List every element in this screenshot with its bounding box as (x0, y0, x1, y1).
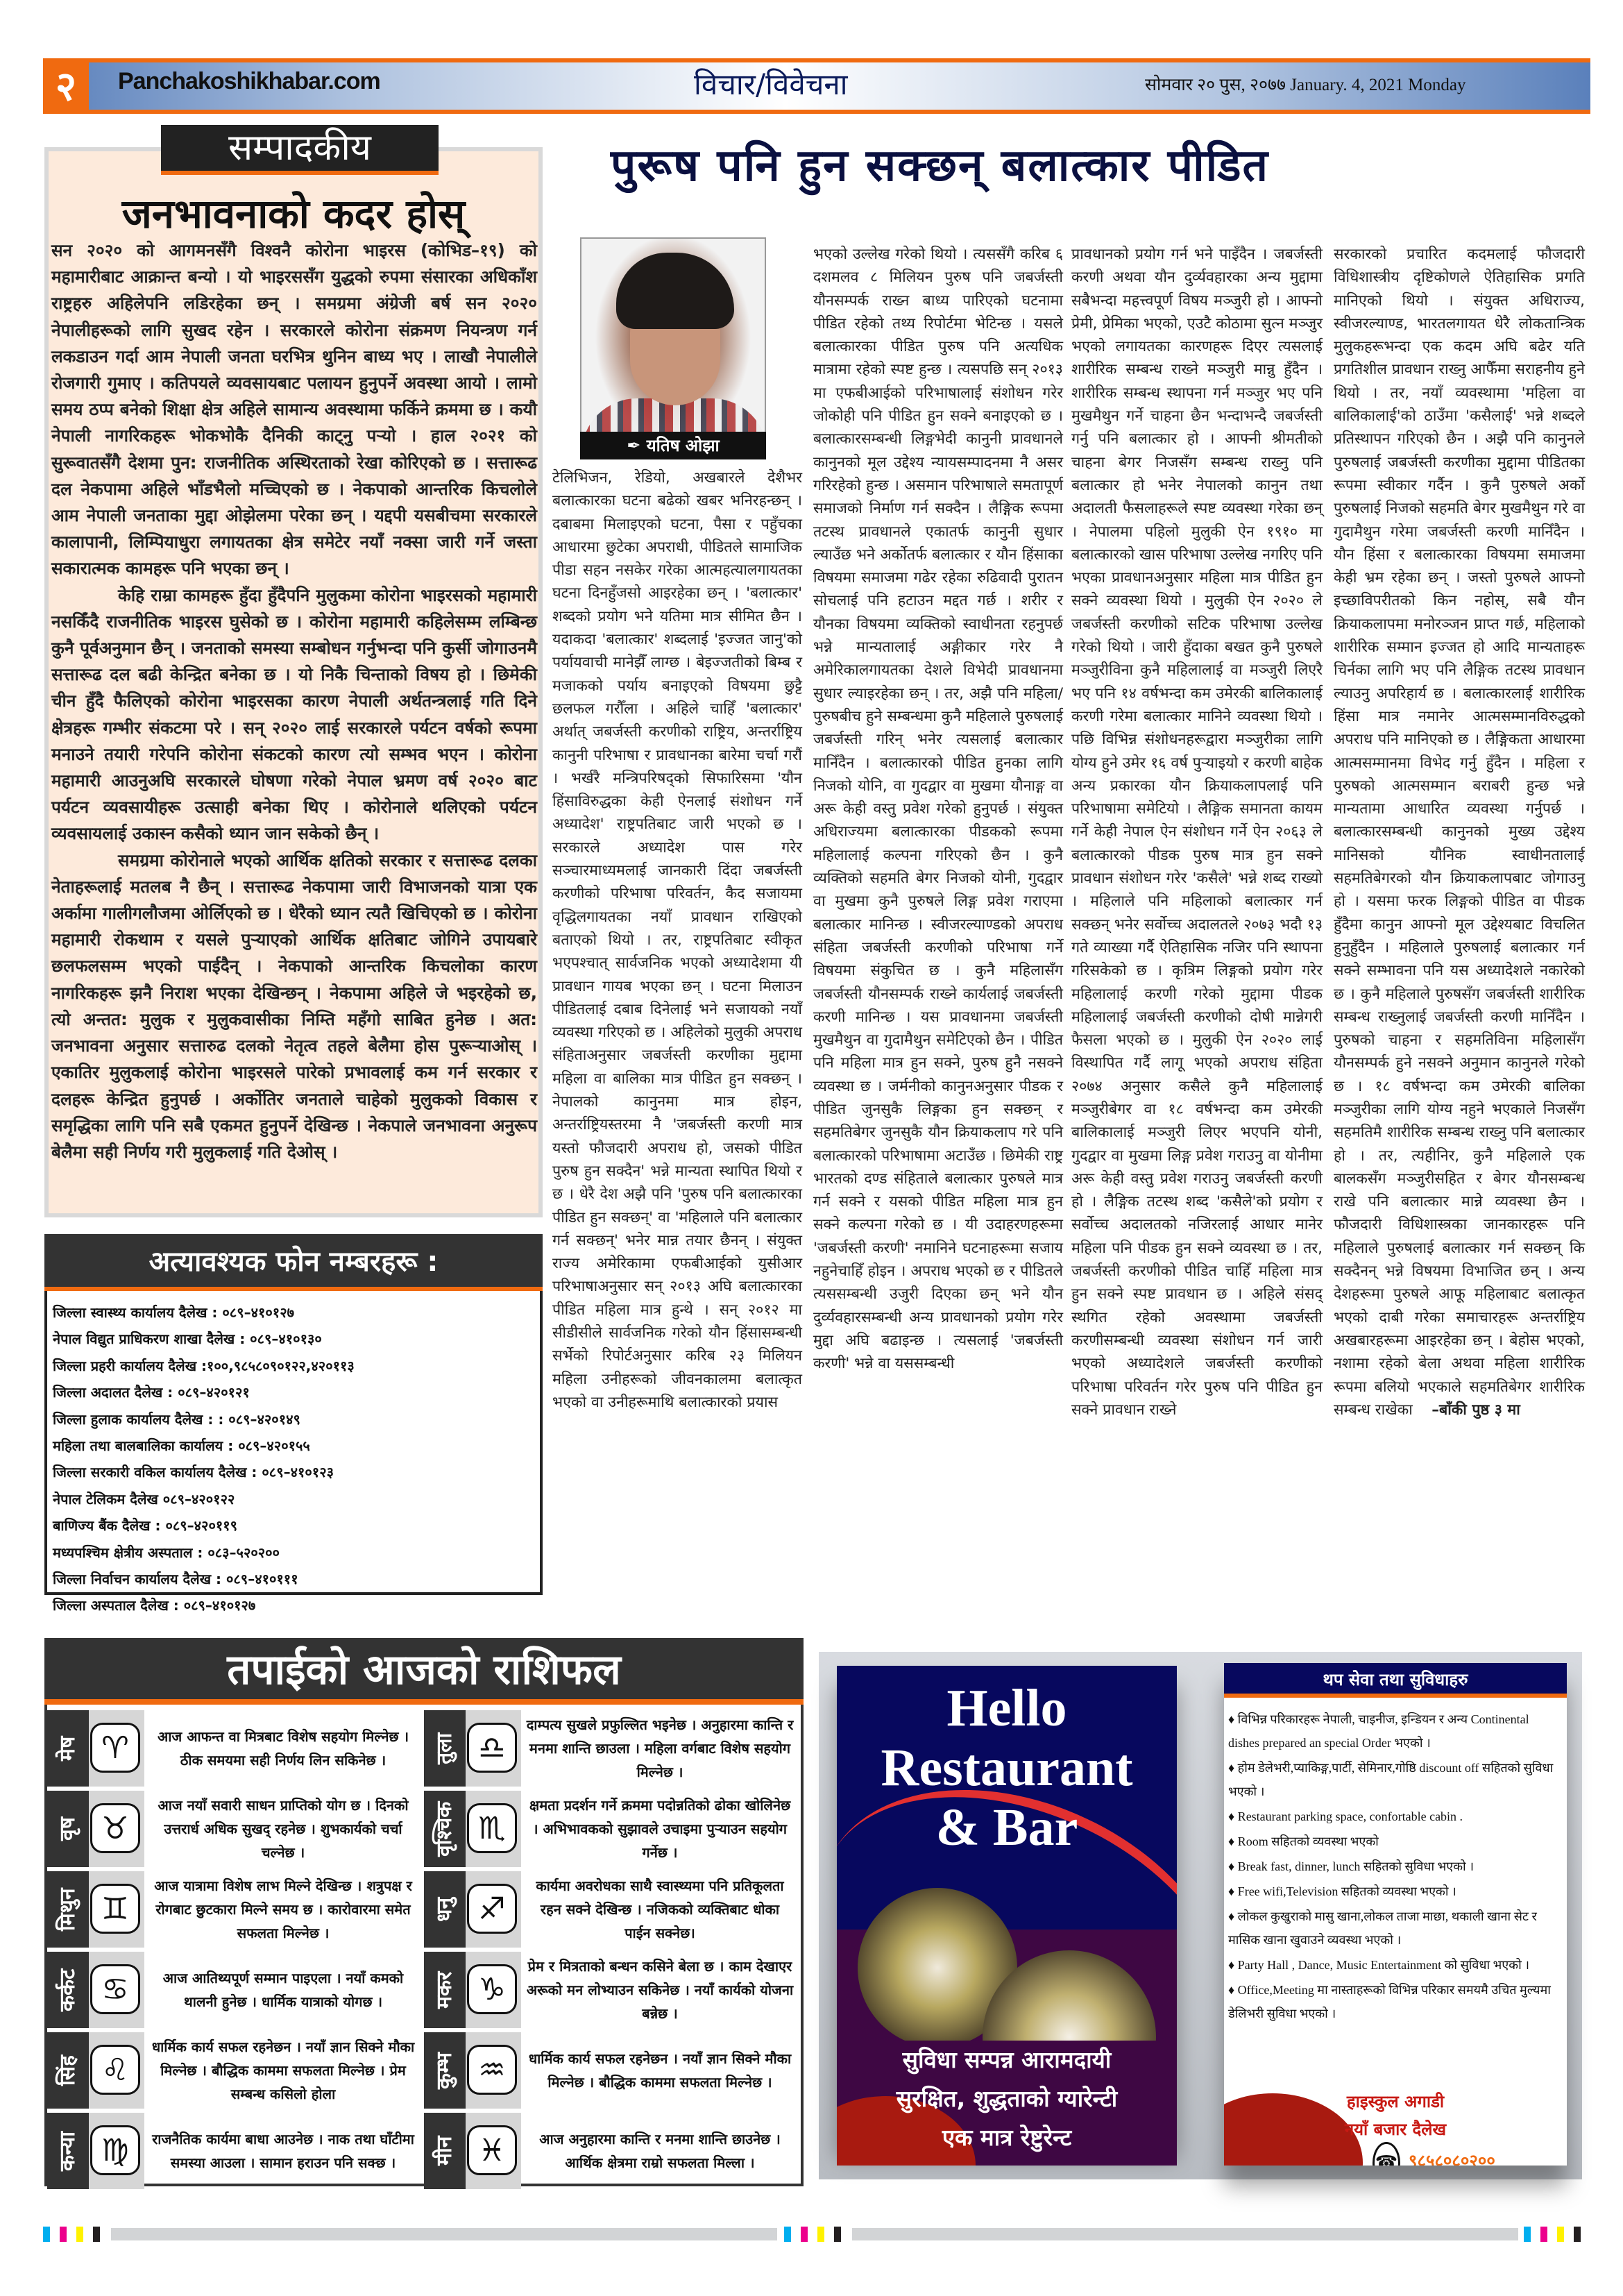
magenta-mark (801, 2227, 808, 2242)
sign-text: क्षमता प्रदर्शन गर्ने क्रममा पदोन्नतिको … (521, 1791, 799, 1867)
sign-name: वृष (47, 1791, 89, 1867)
horoscope-cell: वृष ♉ आज नयाँ सवारी साधन प्राप्तिको योग … (47, 1791, 422, 1867)
services-ad[interactable]: थप सेवा तथा सुविधाहरु ♦ विभिन्न परिकारहर… (1224, 1663, 1567, 2166)
sign-text: आज यात्रामा विशेष लाभ मिल्ने देखिन्छ । श… (144, 1871, 422, 1948)
editorial-tag: सम्पादकीय (161, 125, 439, 175)
yellow-mark (1557, 2227, 1564, 2242)
sign-text: कार्यमा अवरोधका साथै स्वास्थ्यमा पनि प्र… (521, 1871, 799, 1948)
tagline-line: एक मात्र रेष्टुरेन्ट (837, 2118, 1177, 2157)
article-column-4-text: सरकारको प्रचारित कदमलाई फौजदारी विधिशास्… (1334, 246, 1585, 1419)
ram-icon: ♈ (90, 1723, 140, 1773)
address-line: हाइस्कुल अगाडी (1224, 2088, 1567, 2116)
horoscope-cell: कर्कट ♋ आज आतिथ्यपूर्ण सम्मान पाइएला । न… (47, 1952, 422, 2028)
article-column-1: टेलिभिजन, रेडियो, अखबारले देशैभर बलात्का… (552, 466, 802, 1414)
service-item: ♦ विभिन्न परिकारहरू नेपाली, चाइनीज, इन्ड… (1228, 1707, 1563, 1755)
horoscope-cell: वृश्चिक ♏ क्षमता प्रदर्शन गर्ने क्रममा प… (424, 1791, 799, 1867)
black-mark (1574, 2227, 1581, 2242)
restaurant-name-line: Restaurant (837, 1738, 1177, 1798)
phone-item: जिल्ला प्रहरी कार्यालय दैलेख :१००,९८५८०९… (53, 1353, 532, 1379)
service-item: ♦ Restaurant parking space, confortable … (1228, 1805, 1563, 1828)
editorial-body: सन २०२० को आगमनसँगै विश्वनै कोरोना भाइरस… (51, 237, 537, 1165)
phone-item: जिल्ला सरकारी वकिल कार्यालय दैलेख : ०८९–… (53, 1459, 532, 1485)
horoscope-cell: मेष ♈ आज आफन्त वा मित्रबाट विशेष सहयोग म… (47, 1710, 422, 1787)
horoscope-cell: तुला ♎ दाम्पत्य सुखले प्रफुल्लित भइनेछ ।… (424, 1710, 799, 1787)
restaurant-address: हाइस्कुल अगाडी नयाँ बजार दैलेख (1224, 2088, 1567, 2143)
cyan-mark (43, 2227, 50, 2242)
sign-text: प्रेम र मित्रताको बन्धन कसिने बेला छ । क… (521, 1952, 799, 2028)
tagline-line: सुरक्षित, शुद्धताको ग्यारेन्टी (837, 2079, 1177, 2118)
sign-text: आज आफन्त वा मित्रबाट विशेष सहयोग मिल्नेछ… (144, 1710, 422, 1787)
phone-icon: ☎ (1373, 2142, 1400, 2166)
lion-icon: ♌ (90, 2045, 140, 2095)
site-name[interactable]: Panchakoshikhabar.com (118, 68, 380, 95)
restaurant-name-line: & Bar (837, 1798, 1177, 1857)
horoscope-cell: मकर ♑ प्रेम र मित्रताको बन्धन कसिने बेला… (424, 1952, 799, 2028)
sign-name: मेष (47, 1710, 89, 1787)
horoscope-title: तपाईको आजको राशिफल (44, 1638, 804, 1705)
phone-item: जिल्ला स्वास्थ्य कार्यालय दैलेख : ०८९–४१… (53, 1299, 532, 1326)
crab-icon: ♋ (90, 1964, 140, 2014)
magenta-mark (1540, 2227, 1547, 2242)
cyan-mark (784, 2227, 791, 2242)
phone-item: बाणिज्य बैंक दैलेख : ०८९–४२०११९ (53, 1512, 532, 1539)
horoscope-cell: कन्या ♍ राजनैतिक कार्यमा बाधा आउनेछ । ना… (47, 2113, 422, 2189)
sign-name: मकर (424, 1952, 466, 2028)
sign-name: कुम्भ (424, 2032, 466, 2109)
phone-item: जिल्ला अदालत दैलेख : ०८९–४२०१२१ (53, 1379, 532, 1406)
service-item: ♦ लोकल कुखुराको मासु खाना,लोकल ताजा माछा… (1228, 1905, 1563, 1952)
address-line: नयाँ बजार दैलेख (1224, 2116, 1567, 2143)
phone-item: जिल्ला निर्वाचन कार्यालय दैलेख : ०८९–४१०… (53, 1566, 532, 1592)
restaurant-tagline: सुविधा सम्पन्न आरामदायी सुरक्षित, शुद्धत… (837, 2041, 1177, 2166)
sign-text: धार्मिक कार्य सफल रहनेछन । नयाँ ज्ञान सि… (144, 2032, 422, 2109)
restaurant-phone[interactable]: ९८५८०८०२०० (1409, 2149, 1495, 2166)
horoscope-cell: मीन ♓ आज अनुहारमा कान्ति र मनमा शान्ति छ… (424, 2113, 799, 2189)
sign-text: राजनैतिक कार्यमा बाधा आउनेछ । नाक तथा घा… (144, 2113, 422, 2189)
sign-text: धार्मिक कार्य सफल रहनेछन । नयाँ ज्ञान सि… (521, 2032, 799, 2109)
sign-name: मिथुन (47, 1871, 89, 1948)
services-title: थप सेवा तथा सुविधाहरु (1224, 1663, 1567, 1698)
phone-item: जिल्ला अस्पताल दैलेख : ०८९–४१०१२७ (53, 1592, 532, 1619)
article-column-4: सरकारको प्रचारित कदमलाई फौजदारी विधिशास्… (1334, 243, 1585, 1421)
article-column-2: भएको उल्लेख गरेको थियो । त्यससँगै करिब ६… (813, 243, 1063, 1376)
service-item: ♦ Free wifi,Television सहितको व्यवस्था भ… (1228, 1880, 1563, 1903)
phone-item: महिला तथा बालबालिका कार्यालय : ०८९–४२०१५… (53, 1433, 532, 1459)
fish-icon: ♓ (467, 2125, 517, 2175)
black-mark (93, 2227, 100, 2242)
phone-item: नेपाल टेलिकम दैलेख ०८९–४२०१२२ (53, 1486, 532, 1512)
yellow-mark (76, 2227, 83, 2242)
cyan-mark (1524, 2227, 1531, 2242)
phone-box-title: अत्यावश्यक फोन नम्बरहरू : (44, 1234, 543, 1291)
horoscope-cell: मिथुन ♊ आज यात्रामा विशेष लाभ मिल्ने देख… (47, 1871, 422, 1948)
sign-text: आज आतिथ्यपूर्ण सम्मान पाइएला । नयाँ कमको… (144, 1952, 422, 2028)
phone-item: नेपाल विद्युत प्राधिकरण शाखा दैलेख : ०८९… (53, 1326, 532, 1352)
sign-name: तुला (424, 1710, 466, 1787)
page-number: २ (43, 58, 89, 114)
twins-icon: ♊ (90, 1884, 140, 1934)
phone-item: जिल्ला हुलाक कार्यालय दैलेख : : ०८९–४२०१… (53, 1406, 532, 1433)
editorial-paragraph: केहि राम्रा कामहरू हुँदा हुँदैपनि मुलुकम… (51, 582, 537, 847)
sign-name: सिंह (47, 2032, 89, 2109)
sign-text: आज नयाँ सवारी साधन प्राप्तिको योग छ । दि… (144, 1791, 422, 1867)
horoscope-cell: सिंह ♌ धार्मिक कार्य सफल रहनेछन । नयाँ ज… (47, 2032, 422, 2109)
scales-icon: ♎ (467, 1723, 517, 1773)
services-list: ♦ विभिन्न परिकारहरू नेपाली, चाइनीज, इन्ड… (1228, 1707, 1563, 2027)
restaurant-name: Hello Restaurant & Bar (837, 1678, 1177, 1857)
continued-note[interactable]: –बाँकी पुष्ठ ३ मा (1431, 1401, 1520, 1419)
horoscope-grid: मेष ♈ आज आफन्त वा मित्रबाट विशेष सहयोग म… (47, 1710, 801, 2182)
sign-name: कन्या (47, 2113, 89, 2189)
service-item: ♦ Party Hall , Dance, Music Entertainmen… (1228, 1953, 1563, 1977)
black-mark (834, 2227, 841, 2242)
sign-name: वृश्चिक (424, 1791, 466, 1867)
article-column-3: प्रावधानको प्रयोग गर्न भने पाइँदैन । जबर… (1071, 243, 1323, 1421)
bull-icon: ♉ (90, 1803, 140, 1853)
magenta-mark (60, 2227, 67, 2242)
editorial-paragraph: समग्रमा कोरोनाले भएको आर्थिक क्षतिको सरक… (51, 847, 537, 1165)
phone-item: मध्यपश्चिम क्षेत्रीय अस्पताल : ०८३–५२०२०… (53, 1539, 532, 1566)
service-item: ♦ Office,Meeting मा नास्ताहरूको विभिन्न … (1228, 1978, 1563, 2025)
issue-date: सोमवार २० पुस, २०७७ January. 4, 2021 Mon… (1145, 72, 1465, 96)
horoscope-cell: कुम्भ ♒ धार्मिक कार्य सफल रहनेछन । नयाँ … (424, 2032, 799, 2109)
author-name: यतिष ओझा (647, 436, 720, 455)
yellow-mark (817, 2227, 824, 2242)
sign-name: धनु (424, 1871, 466, 1948)
editorial-paragraph: सन २०२० को आगमनसँगै विश्वनै कोरोना भाइरस… (51, 237, 537, 582)
gray-bar (111, 2228, 777, 2240)
service-item: ♦ Break fast, dinner, lunch सहितको सुविध… (1228, 1855, 1563, 1878)
phone-list: जिल्ला स्वास्थ्य कार्यालय दैलेख : ०८९–४१… (53, 1299, 532, 1619)
author-photo (580, 237, 766, 459)
sign-text: दाम्पत्य सुखले प्रफुल्लित भइनेछ । अनुहार… (521, 1710, 799, 1787)
sign-text: आज अनुहारमा कान्ति र मनमा शान्ति छाउनेछ … (521, 2113, 799, 2189)
sign-name: कर्कट (47, 1952, 89, 2028)
tagline-line: सुविधा सम्पन्न आरामदायी (837, 2041, 1177, 2079)
maiden-icon: ♍ (90, 2125, 140, 2175)
author-byline: ✒ यतिष ओझा (580, 432, 766, 459)
service-item: ♦ Room सहितको व्यवस्था भएको (1228, 1830, 1563, 1853)
scorpion-icon: ♏ (467, 1803, 517, 1853)
editorial-title: जनभावनाको कदर होस् (49, 185, 538, 239)
section-title: विचार/विवेचना (694, 64, 848, 103)
article-headline: पुरूष पनि हुन सक्छन् बलात्कार पीडित (611, 133, 1582, 194)
water-bearer-icon: ♒ (467, 2045, 517, 2095)
pen-icon: ✒ (627, 436, 640, 455)
goat-icon: ♑ (467, 1964, 517, 2014)
archer-icon: ♐ (467, 1884, 517, 1934)
gray-bar (852, 2228, 1518, 2240)
horoscope-cell: धनु ♐ कार्यमा अवरोधका साथै स्वास्थ्यमा प… (424, 1871, 799, 1948)
photo-hair (616, 253, 734, 329)
sign-name: मीन (424, 2113, 466, 2189)
service-item: ♦ होम डेलेभरी,प्याकिङ्ग,पार्टी, सेमिनार,… (1228, 1756, 1563, 1803)
restaurant-name-line: Hello (837, 1678, 1177, 1738)
